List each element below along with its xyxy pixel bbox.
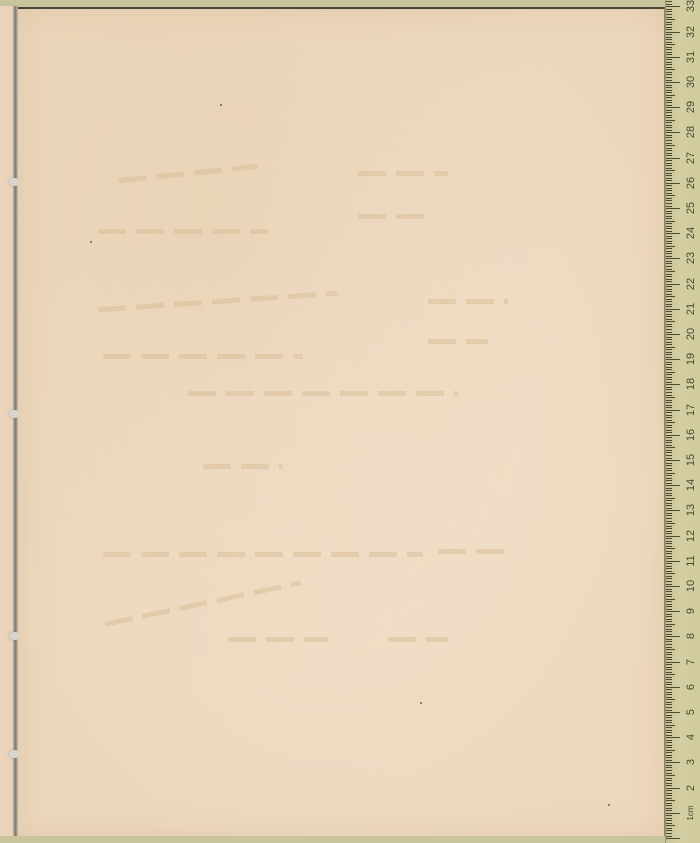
ruler-tick <box>666 95 675 96</box>
ruler-tick <box>666 69 675 70</box>
ruler-tick <box>666 770 672 771</box>
ruler-tick <box>666 246 675 247</box>
ruler-tick <box>666 541 672 542</box>
ruler-tick <box>666 92 672 93</box>
ruler-tick <box>666 742 672 743</box>
ruler-tick <box>666 647 672 648</box>
ruler-tick <box>666 357 672 358</box>
ruler-tick <box>666 24 672 25</box>
ruler-tick <box>666 34 672 35</box>
ruler-tick <box>666 62 672 63</box>
ruler-tick <box>666 752 672 753</box>
ruler-tick <box>666 112 672 113</box>
ruler-tick <box>666 160 672 161</box>
scanner-bed-top <box>0 0 700 7</box>
ruler-tick <box>666 798 672 799</box>
ruler-tick <box>666 125 672 126</box>
ruler-tick <box>666 100 672 101</box>
ruler-tick <box>666 684 672 685</box>
ruler-tick <box>666 445 672 446</box>
ruler-tick <box>666 266 672 267</box>
ruler-tick <box>666 6 680 7</box>
ruler-tick <box>666 218 672 219</box>
ruler-tick <box>666 594 672 595</box>
ruler-tick <box>666 407 672 408</box>
ruler-tick <box>666 397 675 398</box>
ruler-tick <box>666 130 672 131</box>
ruler-tick <box>666 717 672 718</box>
ruler-tick <box>666 102 672 103</box>
ruler-tick <box>666 747 672 748</box>
ruler-tick <box>666 271 675 272</box>
ruler-tick <box>666 258 680 259</box>
ruler-tick <box>666 405 672 406</box>
ruler-tick <box>666 415 672 416</box>
ruler-tick <box>666 538 672 539</box>
ruler-tick <box>666 543 672 544</box>
ruler-tick <box>666 510 680 511</box>
ruler-tick <box>666 795 672 796</box>
ruler-tick <box>666 326 672 327</box>
ruler-label: 17 <box>684 400 698 420</box>
ruler-label: 13 <box>684 500 698 520</box>
ruler-tick <box>666 589 672 590</box>
ruler-tick <box>666 334 680 335</box>
ruler-tick <box>666 639 672 640</box>
ruler-tick <box>666 833 672 834</box>
ruler-tick <box>666 342 672 343</box>
ruler-tick <box>666 682 672 683</box>
ruler-tick <box>666 221 675 222</box>
ruler-tick <box>666 573 675 574</box>
ruler-tick <box>666 410 680 411</box>
ruler-tick <box>666 54 672 55</box>
ruler-tick <box>666 395 672 396</box>
ruler-tick <box>666 67 672 68</box>
ruler-tick <box>666 284 680 285</box>
ruler-label: 18 <box>684 374 698 394</box>
ruler-tick <box>666 400 672 401</box>
ruler-tick <box>666 788 680 789</box>
ruler-label: 24 <box>684 223 698 243</box>
ruler-tick <box>666 659 672 660</box>
ruler-tick <box>666 238 672 239</box>
ruler-tick <box>666 402 672 403</box>
ruler-tick <box>666 49 672 50</box>
paper-speck <box>220 104 222 106</box>
ruler-tick <box>666 392 672 393</box>
ruler-tick <box>666 800 675 801</box>
ruler-tick <box>666 649 675 650</box>
ruler-tick <box>666 699 675 700</box>
ruler-tick <box>666 785 672 786</box>
ruler-tick <box>666 674 675 675</box>
ruler-tick <box>666 740 672 741</box>
ruler-tick <box>666 480 672 481</box>
ruler-tick <box>666 838 680 839</box>
ruler-tick <box>666 72 672 73</box>
ruler-tick <box>666 359 680 360</box>
ruler-tick <box>666 9 672 10</box>
ruler-tick <box>666 667 672 668</box>
ruler-tick <box>666 533 672 534</box>
ruler-tick <box>666 823 672 824</box>
ruler-tick <box>666 664 672 665</box>
ruler-tick <box>666 165 672 166</box>
ruler-tick <box>666 619 672 620</box>
ruler-tick <box>666 730 672 731</box>
ruler-label: 20 <box>684 324 698 344</box>
ruler-tick <box>666 500 672 501</box>
ruler-tick <box>666 460 680 461</box>
ruler-tick <box>666 236 672 237</box>
ruler-tick <box>666 830 672 831</box>
ruler-tick <box>666 581 672 582</box>
ruler-tick <box>666 64 672 65</box>
scanner-bed-bottom <box>0 836 700 843</box>
ruler-tick <box>666 712 680 713</box>
ruler-tick <box>666 523 675 524</box>
ruler-tick <box>666 304 672 305</box>
ruler-tick <box>666 591 672 592</box>
ruler-tick <box>666 652 672 653</box>
ruler-tick <box>666 722 672 723</box>
ruler-tick <box>666 745 672 746</box>
ruler-tick <box>666 153 672 154</box>
ruler-tick <box>666 760 672 761</box>
ruler-label: 8 <box>684 626 698 646</box>
ruler-tick <box>666 473 675 474</box>
ruler-label: 16 <box>684 425 698 445</box>
ruler-tick <box>666 382 672 383</box>
ruler-tick <box>666 558 672 559</box>
ruler-tick <box>666 80 672 81</box>
ruler-tick <box>666 546 672 547</box>
ruler-tick <box>666 319 672 320</box>
ruler-tick <box>666 150 672 151</box>
ruler-tick <box>666 301 672 302</box>
ruler-tick <box>666 168 672 169</box>
ruler-tick <box>666 110 672 111</box>
bleed-through-mark <box>358 214 428 219</box>
ruler-tick <box>666 808 672 809</box>
ruler-tick <box>666 805 672 806</box>
ruler-tick <box>666 294 672 295</box>
ruler-tick <box>666 626 672 627</box>
ruler-tick <box>666 654 672 655</box>
ruler-tick <box>666 425 672 426</box>
ruler-tick <box>666 490 672 491</box>
ruler-tick <box>666 253 672 254</box>
bleed-through-mark <box>428 339 488 344</box>
ruler-tick <box>666 694 672 695</box>
bleed-through-mark <box>228 637 328 642</box>
ruler-tick <box>666 669 672 670</box>
ruler-tick <box>666 689 672 690</box>
ruler-tick <box>666 188 672 189</box>
ruler-tick <box>666 563 672 564</box>
ruler-tick <box>666 85 672 86</box>
ruler-label: 32 <box>684 22 698 42</box>
ruler-label: 31 <box>684 47 698 67</box>
ruler-tick <box>666 422 675 423</box>
ruler-tick <box>666 818 672 819</box>
ruler-tick <box>666 329 672 330</box>
ruler-tick <box>666 309 680 310</box>
blank-page <box>18 7 665 838</box>
ruler-tick <box>666 299 672 300</box>
ruler-tick <box>666 536 680 537</box>
ruler-tick <box>666 82 680 83</box>
ruler-tick <box>666 281 672 282</box>
ruler-tick <box>666 508 672 509</box>
ruler-tick <box>666 226 672 227</box>
ruler-tick <box>666 289 672 290</box>
ruler-tick <box>666 248 672 249</box>
ruler-tick <box>666 468 672 469</box>
ruler-tick <box>666 87 672 88</box>
measuring-ruler: 1cm2345678910111213141516171819202122232… <box>665 0 700 843</box>
ruler-tick <box>666 679 672 680</box>
ruler-tick <box>666 566 672 567</box>
ruler-tick <box>666 450 672 451</box>
scanned-document: 1cm2345678910111213141516171819202122232… <box>0 0 700 843</box>
ruler-tick <box>666 478 672 479</box>
ruler-tick <box>666 321 675 322</box>
ruler-tick <box>666 185 672 186</box>
ruler-tick <box>666 780 672 781</box>
ruler-tick <box>666 122 672 123</box>
ruler-tick <box>666 495 672 496</box>
ruler-tick <box>666 556 672 557</box>
ruler-tick <box>666 493 672 494</box>
ruler-tick <box>666 105 672 106</box>
ruler-tick <box>666 483 672 484</box>
ruler-tick <box>666 316 672 317</box>
ruler-tick <box>666 206 672 207</box>
ruler-tick <box>666 578 672 579</box>
ruler-tick <box>666 641 672 642</box>
ruler-label: 29 <box>684 97 698 117</box>
ruler-tick <box>666 662 680 663</box>
bleed-through-mark <box>203 464 283 469</box>
ruler-tick <box>666 702 672 703</box>
ruler-tick <box>666 387 672 388</box>
bleed-through-mark <box>103 552 423 557</box>
ruler-tick <box>666 276 672 277</box>
ruler-tick <box>666 435 680 436</box>
ruler-tick <box>666 195 675 196</box>
ruler-tick <box>666 145 675 146</box>
ruler-tick <box>666 314 672 315</box>
ruler-tick <box>666 596 672 597</box>
ruler-label: 6 <box>684 677 698 697</box>
ruler-label: 30 <box>684 72 698 92</box>
ruler-tick <box>666 584 672 585</box>
ruler-tick <box>666 621 672 622</box>
ruler-tick <box>666 269 672 270</box>
ruler-tick <box>666 77 672 78</box>
ruler-tick <box>666 120 675 121</box>
ruler-tick <box>666 143 672 144</box>
ruler-tick <box>666 437 672 438</box>
ruler-tick <box>666 180 672 181</box>
ruler-tick <box>666 19 675 20</box>
ruler-tick <box>666 296 675 297</box>
ruler-tick <box>666 274 672 275</box>
ruler-tick <box>666 44 675 45</box>
ruler-tick <box>666 452 672 453</box>
ruler-tick <box>666 57 680 58</box>
ruler-label: 23 <box>684 248 698 268</box>
ruler-tick <box>666 384 680 385</box>
bleed-through-mark <box>428 299 508 304</box>
ruler-tick <box>666 810 672 811</box>
ruler-tick <box>666 793 672 794</box>
ruler-tick <box>666 430 672 431</box>
ruler-tick <box>666 17 672 18</box>
paper-speck <box>420 702 422 704</box>
ruler-label: 33 <box>684 0 698 16</box>
ruler-tick <box>666 715 672 716</box>
ruler-tick <box>666 349 672 350</box>
ruler-tick <box>666 548 675 549</box>
ruler-tick <box>666 440 672 441</box>
ruler-tick <box>666 531 672 532</box>
ruler-tick <box>666 447 675 448</box>
ruler-tick <box>666 505 672 506</box>
ruler-tick <box>666 74 672 75</box>
ruler-tick <box>666 629 672 630</box>
ruler-label: 14 <box>684 475 698 495</box>
ruler-tick <box>666 11 672 12</box>
bleed-through-mark <box>388 637 448 642</box>
ruler-tick <box>666 528 672 529</box>
ruler-tick <box>666 256 672 257</box>
ruler-tick <box>666 475 672 476</box>
ruler-tick <box>666 59 672 60</box>
ruler-label: 15 <box>684 450 698 470</box>
ruler-tick <box>666 458 672 459</box>
ruler-tick <box>666 604 672 605</box>
ruler-tick <box>666 193 672 194</box>
bleed-through-mark <box>358 171 448 176</box>
paper-speck <box>608 804 610 806</box>
ruler-tick <box>666 377 672 378</box>
ruler-tick <box>666 773 672 774</box>
ruler-tick <box>666 485 680 486</box>
ruler-tick <box>666 526 672 527</box>
ruler-tick <box>666 412 672 413</box>
ruler-tick <box>666 624 675 625</box>
ruler-tick <box>666 727 672 728</box>
ruler-tick <box>666 417 672 418</box>
ruler-tick <box>666 324 672 325</box>
ruler-tick <box>666 286 672 287</box>
ruler-tick <box>666 735 672 736</box>
ruler-tick <box>666 737 680 738</box>
ruler-tick <box>666 223 672 224</box>
ruler-tick <box>666 498 675 499</box>
bleed-through-mark <box>98 229 268 234</box>
ruler-tick <box>666 750 675 751</box>
ruler-tick <box>666 599 675 600</box>
ruler-tick <box>666 132 680 133</box>
ruler-tick <box>666 765 672 766</box>
ruler-tick <box>666 725 675 726</box>
ruler-tick <box>666 97 672 98</box>
ruler-tick <box>666 203 672 204</box>
paper-speck <box>90 241 92 243</box>
ruler-tick <box>666 369 672 370</box>
ruler-tick <box>666 521 672 522</box>
ruler-tick <box>666 14 672 15</box>
ruler-tick <box>666 42 672 43</box>
ruler-tick <box>666 173 672 174</box>
ruler-tick <box>666 372 675 373</box>
ruler-tick <box>666 657 672 658</box>
ruler-tick <box>666 107 680 108</box>
ruler-tick <box>666 32 680 33</box>
ruler-tick <box>666 515 672 516</box>
ruler-tick <box>666 704 672 705</box>
ruler-tick <box>666 783 672 784</box>
ruler-tick <box>666 127 672 128</box>
ruler-label: 25 <box>684 198 698 218</box>
ruler-tick <box>666 720 672 721</box>
ruler-tick <box>666 158 680 159</box>
ruler-tick <box>666 836 672 837</box>
ruler-tick <box>666 606 672 607</box>
ruler-tick <box>666 279 672 280</box>
ruler-tick <box>666 614 672 615</box>
ruler-tick <box>666 27 672 28</box>
ruler-tick <box>666 332 672 333</box>
ruler-tick <box>666 732 672 733</box>
ruler-tick <box>666 634 672 635</box>
ruler-tick <box>666 135 672 136</box>
ruler-tick <box>666 432 672 433</box>
ruler-tick <box>666 115 672 116</box>
ruler-tick <box>666 767 672 768</box>
ruler-tick <box>666 1 672 2</box>
ruler-tick <box>666 611 680 612</box>
ruler-tick <box>666 37 672 38</box>
ruler-label: 22 <box>684 274 698 294</box>
ruler-tick <box>666 692 672 693</box>
ruler-tick <box>666 518 672 519</box>
bleed-through-mark <box>103 354 303 359</box>
ruler-tick <box>666 337 672 338</box>
ruler-tick <box>666 644 672 645</box>
ruler-label: 27 <box>684 148 698 168</box>
ruler-tick <box>666 155 672 156</box>
ruler-tick <box>666 427 672 428</box>
ruler-tick <box>666 609 672 610</box>
ruler-tick <box>666 213 672 214</box>
ruler-tick <box>666 576 672 577</box>
ruler-label: 9 <box>684 601 698 621</box>
ruler-tick <box>666 208 680 209</box>
ruler-tick <box>666 697 672 698</box>
ruler-tick <box>666 228 672 229</box>
ruler-tick <box>666 261 672 262</box>
ruler-tick <box>666 710 672 711</box>
ruler-tick <box>666 374 672 375</box>
ruler-tick <box>666 344 672 345</box>
ruler-tick <box>666 362 672 363</box>
bleed-through-mark <box>188 391 458 396</box>
